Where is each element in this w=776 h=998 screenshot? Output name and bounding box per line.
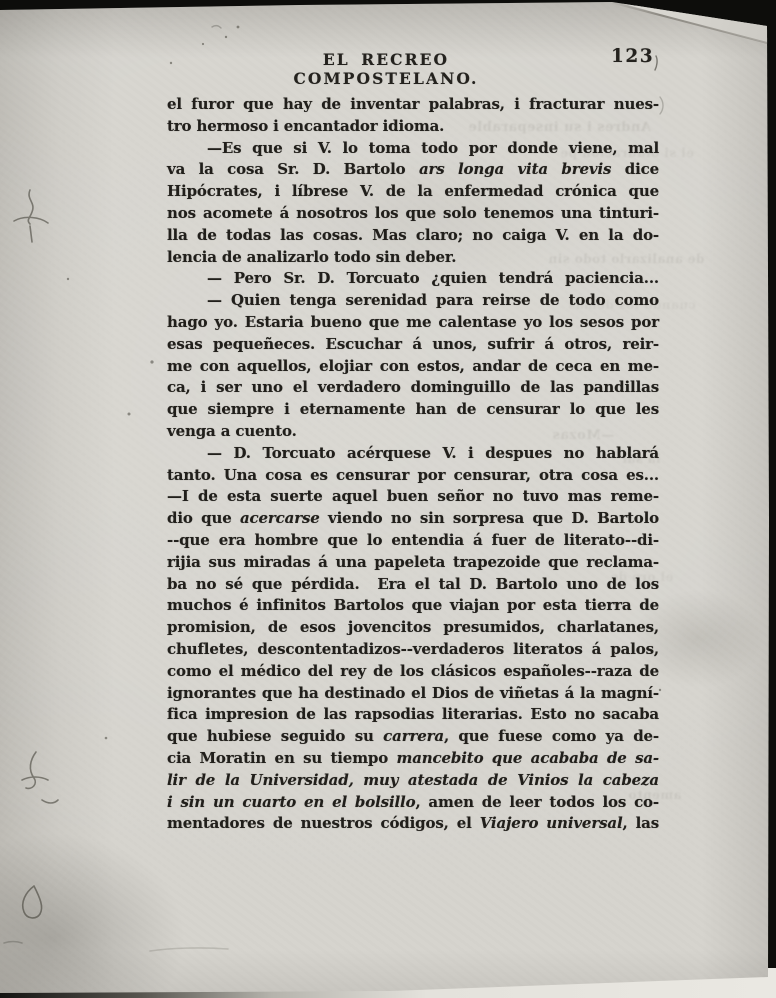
text-segment: ba no sé que pérdida. Era el tal D. Bart… (167, 575, 659, 593)
ink-speck (202, 43, 204, 45)
text-line: —I de esta suerte aquel buen señor no tu… (167, 486, 659, 508)
text-segment: chufletes, descontentadizos--verdaderos … (167, 640, 659, 658)
text-segment: , las (623, 814, 659, 832)
text-segment: viendo no sin sorpresa que D. Bartolo (320, 509, 659, 527)
paper-page: Andres i su inseparableel si olduracion … (0, 0, 776, 998)
text-segment: rijia sus miradas á una papeleta trapezo… (167, 553, 659, 571)
text-line: fica impresion de las rapsodias literari… (167, 704, 659, 726)
text-line: esas pequeñeces. Escuchar á unos, sufrir… (167, 334, 659, 356)
ink-speck (150, 360, 153, 363)
text-line: va la cosa Sr. D. Bartolo ars longa vita… (167, 159, 659, 181)
ink-speck (128, 413, 131, 416)
text-segment: esas pequeñeces. Escuchar á unos, sufrir… (167, 335, 659, 353)
text-segment: me con aquellos, elojiar con estos, anda… (167, 357, 659, 375)
ink-squiggle-top (212, 26, 221, 28)
stitch-mark-middle-tail (42, 800, 58, 803)
text-segment: dio que (167, 509, 240, 527)
text-segment: ignorantes que ha destinado el Dios de v… (167, 684, 659, 702)
text-line: dio que acercarse viendo no sin sorpresa… (167, 508, 659, 530)
pencil-dash-left (4, 942, 22, 944)
text-segment: que hubiese seguido su (167, 727, 383, 745)
text-segment: muchos é infinitos Bartolos que viajan p… (167, 596, 659, 614)
text-segment: --que era hombre que lo entendia á fuer … (167, 531, 659, 549)
ink-mark-after-line1 (660, 97, 663, 114)
italic-text-segment: Viajero universal (480, 814, 623, 832)
ink-speck (170, 62, 172, 64)
text-line: lencia de analizarlo todo sin deber. (167, 247, 659, 269)
text-line: tanto. Una cosa es censurar por censurar… (167, 465, 659, 487)
ink-speck (225, 36, 227, 38)
text-line: cia Moratin en su tiempo mancebito que a… (167, 748, 659, 770)
text-segment: promision, de esos jovencitos presumidos… (167, 618, 659, 636)
text-segment: el furor que hay de inventar palabras, i… (167, 95, 659, 113)
text-line: que siempre i eternamente han de censura… (167, 399, 659, 421)
text-segment: va la cosa Sr. D. Bartolo (167, 160, 419, 178)
text-line: lla de todas las cosas. Mas claro; no ca… (167, 225, 659, 247)
stitch-mark-top (28, 190, 33, 224)
text-segment: , amen de leer todos los co- (415, 793, 659, 811)
text-segment: fica impresion de las rapsodias literari… (167, 705, 659, 723)
text-line: Hipócrates, i líbrese V. de la enfermeda… (167, 181, 659, 203)
ink-speck (659, 689, 661, 691)
text-line: promision, de esos jovencitos presumidos… (167, 617, 659, 639)
text-line: me con aquellos, elojiar con estos, anda… (167, 356, 659, 378)
text-line: --que era hombre que lo entendia á fuer … (167, 530, 659, 552)
text-line: nos acomete á nosotros los que solo tene… (167, 203, 659, 225)
italic-text-segment: acercarse (240, 509, 320, 527)
italic-text-segment: carrera (383, 727, 444, 745)
text-segment: — D. Torcuato acérquese V. i despues no … (207, 444, 659, 462)
text-line: ca, i ser uno el verdadero dominguillo d… (167, 377, 659, 399)
text-segment: lencia de analizarlo todo sin deber. (167, 248, 456, 266)
text-segment: dice (611, 160, 659, 178)
page-number: 123 (611, 46, 654, 67)
journal-title: EL RECREO COMPOSTELANO. (228, 50, 544, 88)
scanned-book-page: { "colors": { "paper": "#d6d4ce", "ink":… (0, 0, 776, 998)
text-segment: venga a cuento. (167, 422, 297, 440)
text-line: tro hermoso i encantador idioma. (167, 116, 659, 138)
text-line: muchos é infinitos Bartolos que viajan p… (167, 595, 659, 617)
stitch-mark-top-cross (14, 217, 48, 223)
text-segment: —I de esta suerte aquel buen señor no tu… (167, 487, 659, 505)
italic-text-segment: mancebito que acababa de sa- (397, 749, 660, 767)
text-line: — Quien tenga serenidad para reirse de t… (167, 290, 659, 312)
text-segment: tro hermoso i encantador idioma. (167, 117, 444, 135)
text-line: como el médico del rey de los clásicos e… (167, 661, 659, 683)
text-segment: que siempre i eternamente han de censura… (167, 400, 659, 418)
text-line: — D. Torcuato acérquese V. i despues no … (167, 443, 659, 465)
ink-speck (67, 278, 69, 280)
text-segment: —Es que si V. lo toma todo por donde vie… (207, 139, 659, 157)
page-corner-fold-crease (610, 1, 776, 46)
text-segment: tanto. Una cosa es censurar por censurar… (167, 466, 659, 484)
text-line: rijia sus miradas á una papeleta trapezo… (167, 552, 659, 574)
text-segment: hago yo. Estaria bueno que me calentase … (167, 313, 659, 331)
text-line: hago yo. Estaria bueno que me calentase … (167, 312, 659, 334)
text-segment: , que fuese como ya de- (444, 727, 659, 745)
text-segment: Hipócrates, i líbrese V. de la enfermeda… (167, 182, 659, 200)
ink-mark-after-page-number (655, 56, 657, 70)
pencil-dash-bottom (150, 948, 228, 951)
text-segment: cia Moratin en su tiempo (167, 749, 397, 767)
ink-speck (105, 737, 108, 740)
italic-text-segment: lir de la Universidad, muy atestada de V… (167, 771, 659, 789)
text-segment: — Quien tenga serenidad para reirse de t… (207, 291, 659, 309)
text-line: el furor que hay de inventar palabras, i… (167, 94, 659, 116)
text-line: — Pero Sr. D. Torcuato ¿quien tendrá pac… (167, 268, 659, 290)
italic-text-segment: ars longa vita brevis (419, 160, 611, 178)
stitch-mark-middle (26, 752, 36, 788)
stitch-mark-top-tail (30, 226, 32, 242)
text-segment: ca, i ser uno el verdadero dominguillo d… (167, 378, 659, 396)
italic-text-segment: i sin un cuarto en el bolsillo (167, 793, 415, 811)
text-segment: mentadores de nuestros códigos, el (167, 814, 480, 832)
text-line: i sin un cuarto en el bolsillo, amen de … (167, 792, 659, 814)
stitch-mark-bottom-loop (23, 886, 42, 918)
text-line: lir de la Universidad, muy atestada de V… (167, 770, 659, 792)
text-line: que hubiese seguido su carrera, que fues… (167, 726, 659, 748)
text-line: chufletes, descontentadizos--verdaderos … (167, 639, 659, 661)
text-segment: nos acomete á nosotros los que solo tene… (167, 204, 659, 222)
text-line: mentadores de nuestros códigos, el Viaje… (167, 813, 659, 835)
ink-speck (237, 26, 240, 29)
text-line: ba no sé que pérdida. Era el tal D. Bart… (167, 574, 659, 596)
text-line: —Es que si V. lo toma todo por donde vie… (167, 138, 659, 160)
text-segment: como el médico del rey de los clásicos e… (167, 662, 659, 680)
text-segment: — Pero Sr. D. Torcuato ¿quien tendrá pac… (207, 269, 659, 287)
text-line: venga a cuento. (167, 421, 659, 443)
text-segment: lla de todas las cosas. Mas claro; no ca… (167, 226, 659, 244)
text-line: ignorantes que ha destinado el Dios de v… (167, 683, 659, 705)
page-text: el furor que hay de inventar palabras, i… (167, 94, 659, 835)
stitch-mark-middle-cross (22, 777, 48, 780)
